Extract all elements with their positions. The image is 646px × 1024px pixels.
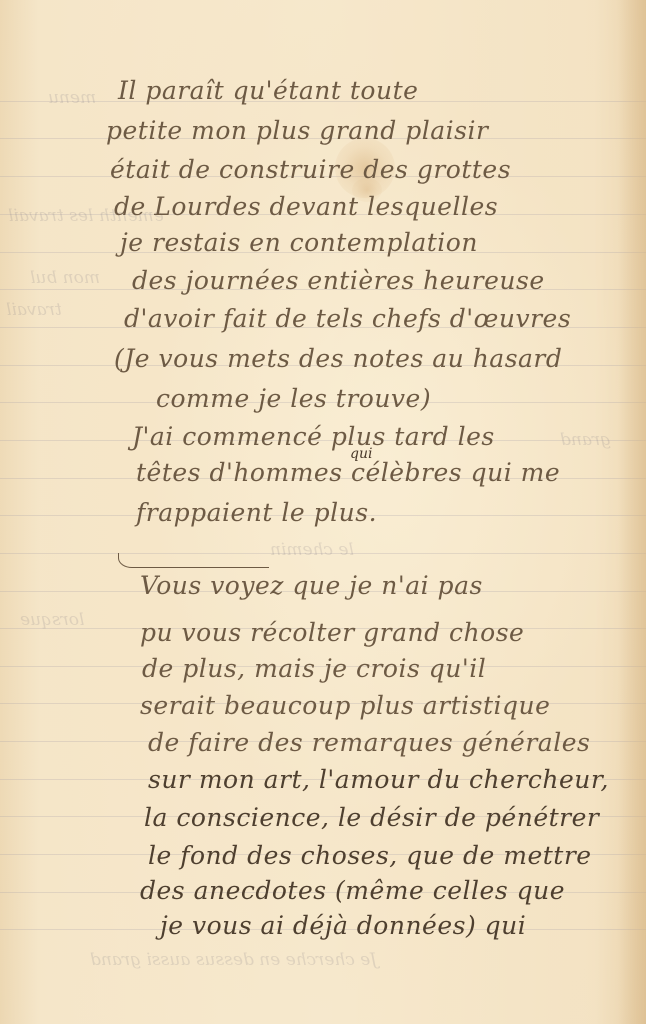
handwritten-line: pu vous récolter grand chose (140, 620, 524, 645)
handwritten-line: petite mon plus grand plaisir (106, 118, 488, 143)
handwritten-line: serait beaucoup plus artistique (140, 693, 550, 718)
bleed-through-text: lorsque (20, 610, 84, 630)
handwritten-line: je vous ai déjà données) qui (160, 913, 526, 938)
handwritten-line: d'avoir fait de tels chefs d'œuvres (124, 306, 571, 331)
handwritten-line: des anecdotes (même celles que (140, 878, 565, 903)
handwritten-line: comme je les trouve) (156, 386, 431, 411)
handwritten-line: des journées entières heureuse (132, 268, 545, 293)
handwritten-line: de faire des remarques générales (148, 730, 590, 755)
bleed-through-text: menu (48, 88, 96, 108)
handwritten-line: je restais en contemplation (120, 230, 478, 255)
letter-page: menu ementh les travail mon bul travail … (0, 0, 646, 1024)
handwritten-line: était de construire des grottes (110, 157, 511, 182)
handwritten-line: sur mon art, l'amour du chercheur, (148, 767, 609, 792)
bleed-through-text: travail (6, 300, 62, 320)
handwritten-line: le fond des choses, que de mettre (148, 843, 592, 868)
handwritten-line: têtes d'hommes célèbres qui me (136, 460, 560, 485)
bleed-through-text: mon bul (30, 268, 100, 288)
handwritten-line: de plus, mais je crois qu'il (142, 656, 486, 681)
handwritten-line: Vous voyez que je n'ai pas (140, 573, 483, 598)
handwritten-line: J'ai commencé plus tard les (132, 424, 495, 449)
handwritten-line: de Lourdes devant lesquelles (114, 194, 498, 219)
bleed-through-text: grand (560, 430, 611, 450)
bleed-through-text: Je cherche en dessus aussi grand (90, 950, 377, 970)
handwritten-line: Il paraît qu'étant toute (118, 78, 418, 103)
handwritten-line: la conscience, le désir de pénétrer (144, 805, 599, 830)
bleed-through-text: le chemin (270, 540, 354, 560)
handwritten-line: frappaient le plus. (136, 500, 377, 525)
section-separator-stroke (118, 553, 269, 568)
handwritten-line: (Je vous mets des notes au hasard (114, 346, 562, 371)
